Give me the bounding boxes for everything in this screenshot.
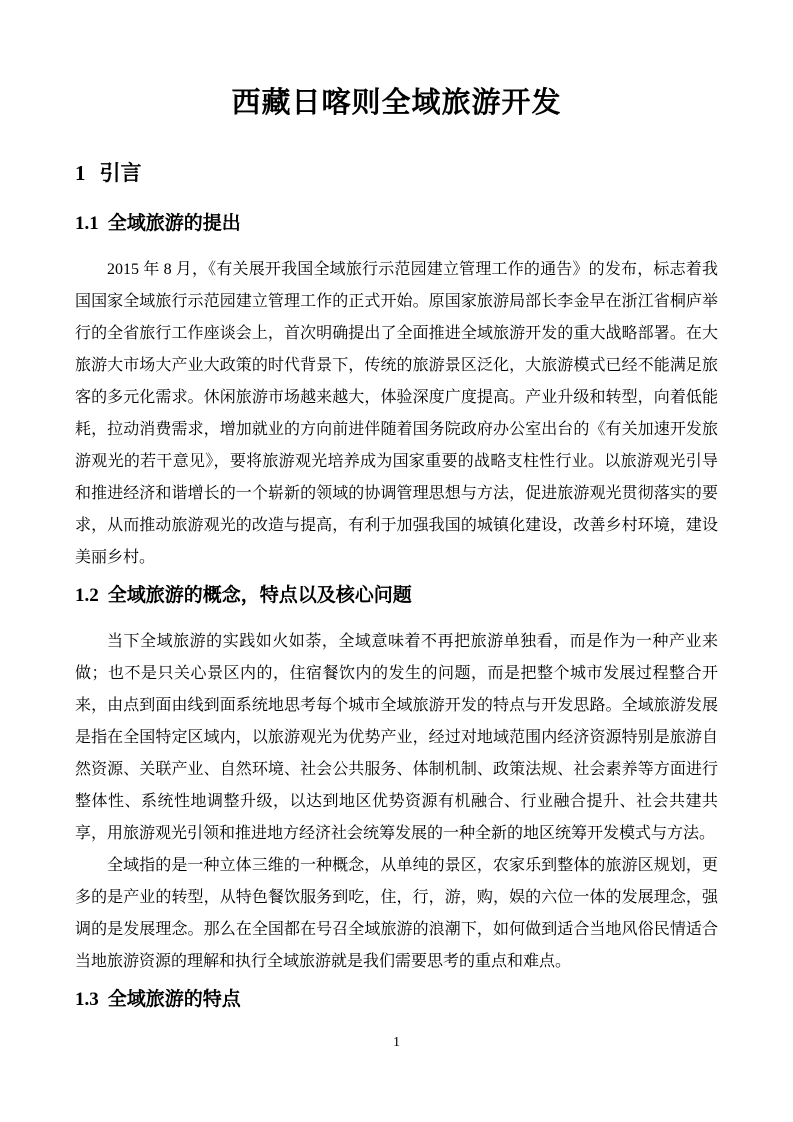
section-heading-1-3: 1.3全域旅游的特点: [75, 988, 718, 1012]
section-heading-1-3-number: 1.3: [75, 989, 99, 1010]
paragraph-3: 全域指的是一种立体三维的一种概念，从单纯的景区，农家乐到整体的旅游区规划，更多的…: [75, 850, 718, 978]
document-title: 西藏日喀则全域旅游开发: [75, 86, 718, 120]
document-sheet: 西藏日喀则全域旅游开发 1引言 1.1全域旅游的提出 2015 年 8 月，《有…: [0, 0, 793, 1122]
section-heading-1-number: 1: [75, 161, 86, 185]
page-number: 1: [393, 1035, 400, 1050]
paragraph-1: 2015 年 8 月，《有关展开我国全域旅行示范园建立管理工作的通告》的发布，标…: [75, 254, 718, 574]
section-heading-1: 1引言: [75, 160, 718, 186]
section-heading-1-text: 引言: [100, 161, 142, 185]
page-footer: 1: [0, 1034, 793, 1052]
section-heading-1-3-text: 全域旅游的特点: [108, 989, 241, 1010]
paragraph-2: 当下全域旅游的实践如火如荼，全域意味着不再把旅游单独看，而是作为一种产业来做；也…: [75, 626, 718, 850]
section-heading-1-1-text: 全域旅游的提出: [108, 213, 241, 234]
section-heading-1-1: 1.1全域旅游的提出: [75, 212, 718, 236]
document-page: 西藏日喀则全域旅游开发 1引言 1.1全域旅游的提出 2015 年 8 月，《有…: [0, 0, 793, 1012]
section-heading-1-2: 1.2全域旅游的概念，特点以及核心问题: [75, 584, 718, 608]
section-heading-1-2-text: 全域旅游的概念，特点以及核心问题: [108, 585, 412, 606]
section-heading-1-1-number: 1.1: [75, 213, 99, 234]
section-heading-1-2-number: 1.2: [75, 585, 99, 606]
